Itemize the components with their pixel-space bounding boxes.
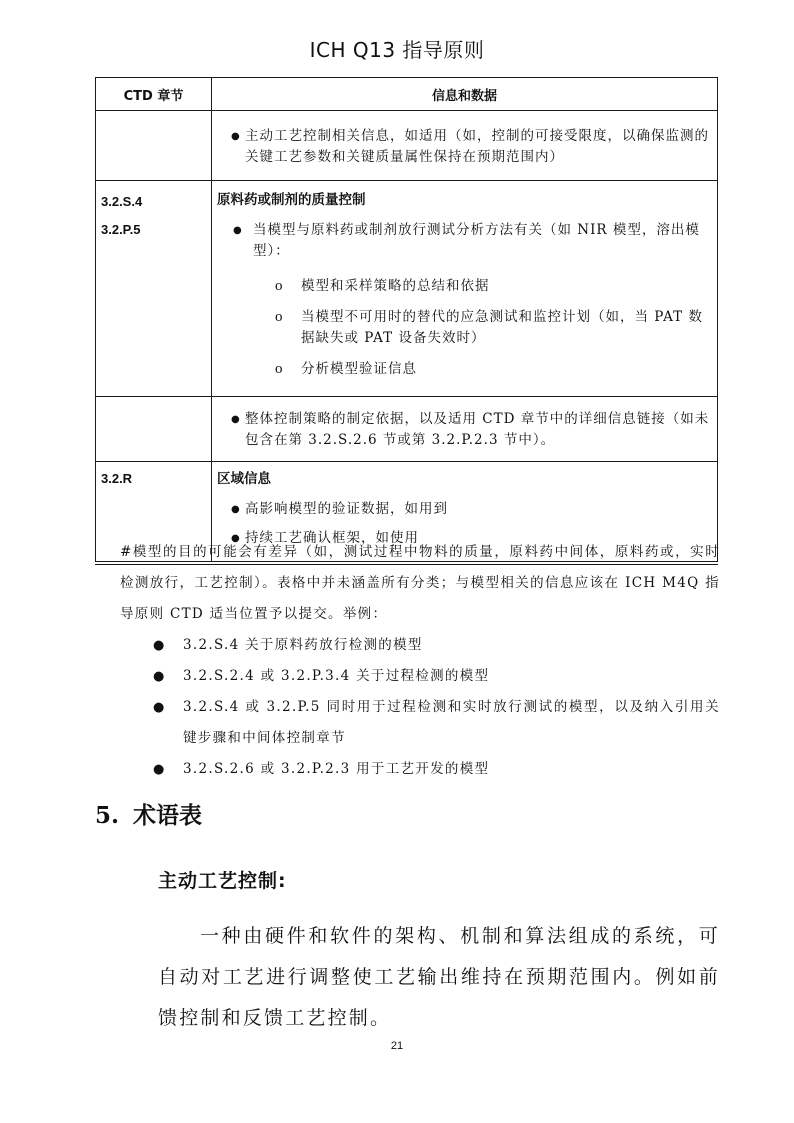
info-cell: 整体控制策略的制定依据，以及适用 CTD 章节中的详细信息链接（如未包含在第 3… [212, 397, 718, 462]
table-footnote: #模型的目的可能会有差异（如，测试过程中物料的质量，原料药中间体，原料药或，实时… [120, 537, 720, 785]
cell-title: 原料药或制剂的质量控制 [217, 188, 712, 212]
bullet-item: 整体控制策略的制定依据，以及适用 CTD 章节中的详细信息链接（如未包含在第 3… [217, 409, 712, 451]
table-row: 整体控制策略的制定依据，以及适用 CTD 章节中的详细信息链接（如未包含在第 3… [96, 397, 718, 462]
bullet-item: 高影响模型的验证数据，如用到 [217, 499, 712, 520]
sub-bullet-item: 模型和采样策略的总结和依据 [217, 276, 712, 297]
table-row: 3.2.S.4 3.2.P.5 原料药或制剂的质量控制 当模型与原料药或制剂放行… [96, 181, 718, 397]
section-code: 3.2.S.4 [101, 188, 211, 216]
cell-title: 区域信息 [217, 467, 712, 491]
bullet-item: 主动工艺控制相关信息，如适用（如，控制的可接受限度，以确保监测的关键工艺参数和关… [217, 126, 712, 168]
column-header-ctd-section: CTD 章节 [96, 78, 212, 111]
section-cell: 3.2.S.4 3.2.P.5 [96, 181, 212, 397]
section-code: 3.2.P.5 [101, 216, 211, 244]
footnote-text: #模型的目的可能会有差异（如，测试过程中物料的质量，原料药中间体，原料药或，实时… [120, 537, 720, 630]
bullet-item: 当模型与原料药或制剂放行测试分析方法有关（如 NIR 模型，溶出模型）： [217, 220, 712, 262]
ctd-table: CTD 章节 信息和数据 主动工艺控制相关信息，如适用（如，控制的可接受限度，以… [95, 77, 718, 565]
table-row: 主动工艺控制相关信息，如适用（如，控制的可接受限度，以确保监测的关键工艺参数和关… [96, 111, 718, 181]
examples-list: 3.2.S.4 关于原料药放行检测的模型 3.2.S.2.4 或 3.2.P.3… [120, 630, 720, 785]
table-header-row: CTD 章节 信息和数据 [96, 78, 718, 111]
section-number: 5. [95, 802, 119, 829]
example-item: 3.2.S.2.6 或 3.2.P.2.3 用于工艺开发的模型 [120, 754, 720, 785]
section-title: 术语表 [133, 802, 202, 829]
sub-bullet-item: 当模型不可用时的替代的应急测试和监控计划（如，当 PAT 数据缺失或 PAT 设… [217, 307, 712, 349]
glossary-term: 主动工艺控制: [158, 866, 287, 893]
sub-bullet-item: 分析模型验证信息 [217, 359, 712, 380]
section-cell [96, 397, 212, 462]
page-number: 21 [0, 1040, 794, 1052]
info-cell: 主动工艺控制相关信息，如适用（如，控制的可接受限度，以确保监测的关键工艺参数和关… [212, 111, 718, 181]
section-heading: 5.术语表 [95, 797, 202, 830]
glossary-definition: 一种由硬件和软件的架构、机制和算法组成的系统，可自动对工艺进行调整使工艺输出维持… [158, 916, 720, 1039]
section-cell [96, 111, 212, 181]
info-cell: 原料药或制剂的质量控制 当模型与原料药或制剂放行测试分析方法有关（如 NIR 模… [212, 181, 718, 397]
example-item: 3.2.S.4 关于原料药放行检测的模型 [120, 630, 720, 661]
example-item: 3.2.S.4 或 3.2.P.5 同时用于过程检测和实时放行测试的模型，以及纳… [120, 692, 720, 754]
section-code: 3.2.R [101, 465, 211, 493]
example-item: 3.2.S.2.4 或 3.2.P.3.4 关于过程检测的模型 [120, 661, 720, 692]
page-header-title: ICH Q13 指导原则 [0, 34, 794, 63]
column-header-info-data: 信息和数据 [212, 78, 718, 111]
